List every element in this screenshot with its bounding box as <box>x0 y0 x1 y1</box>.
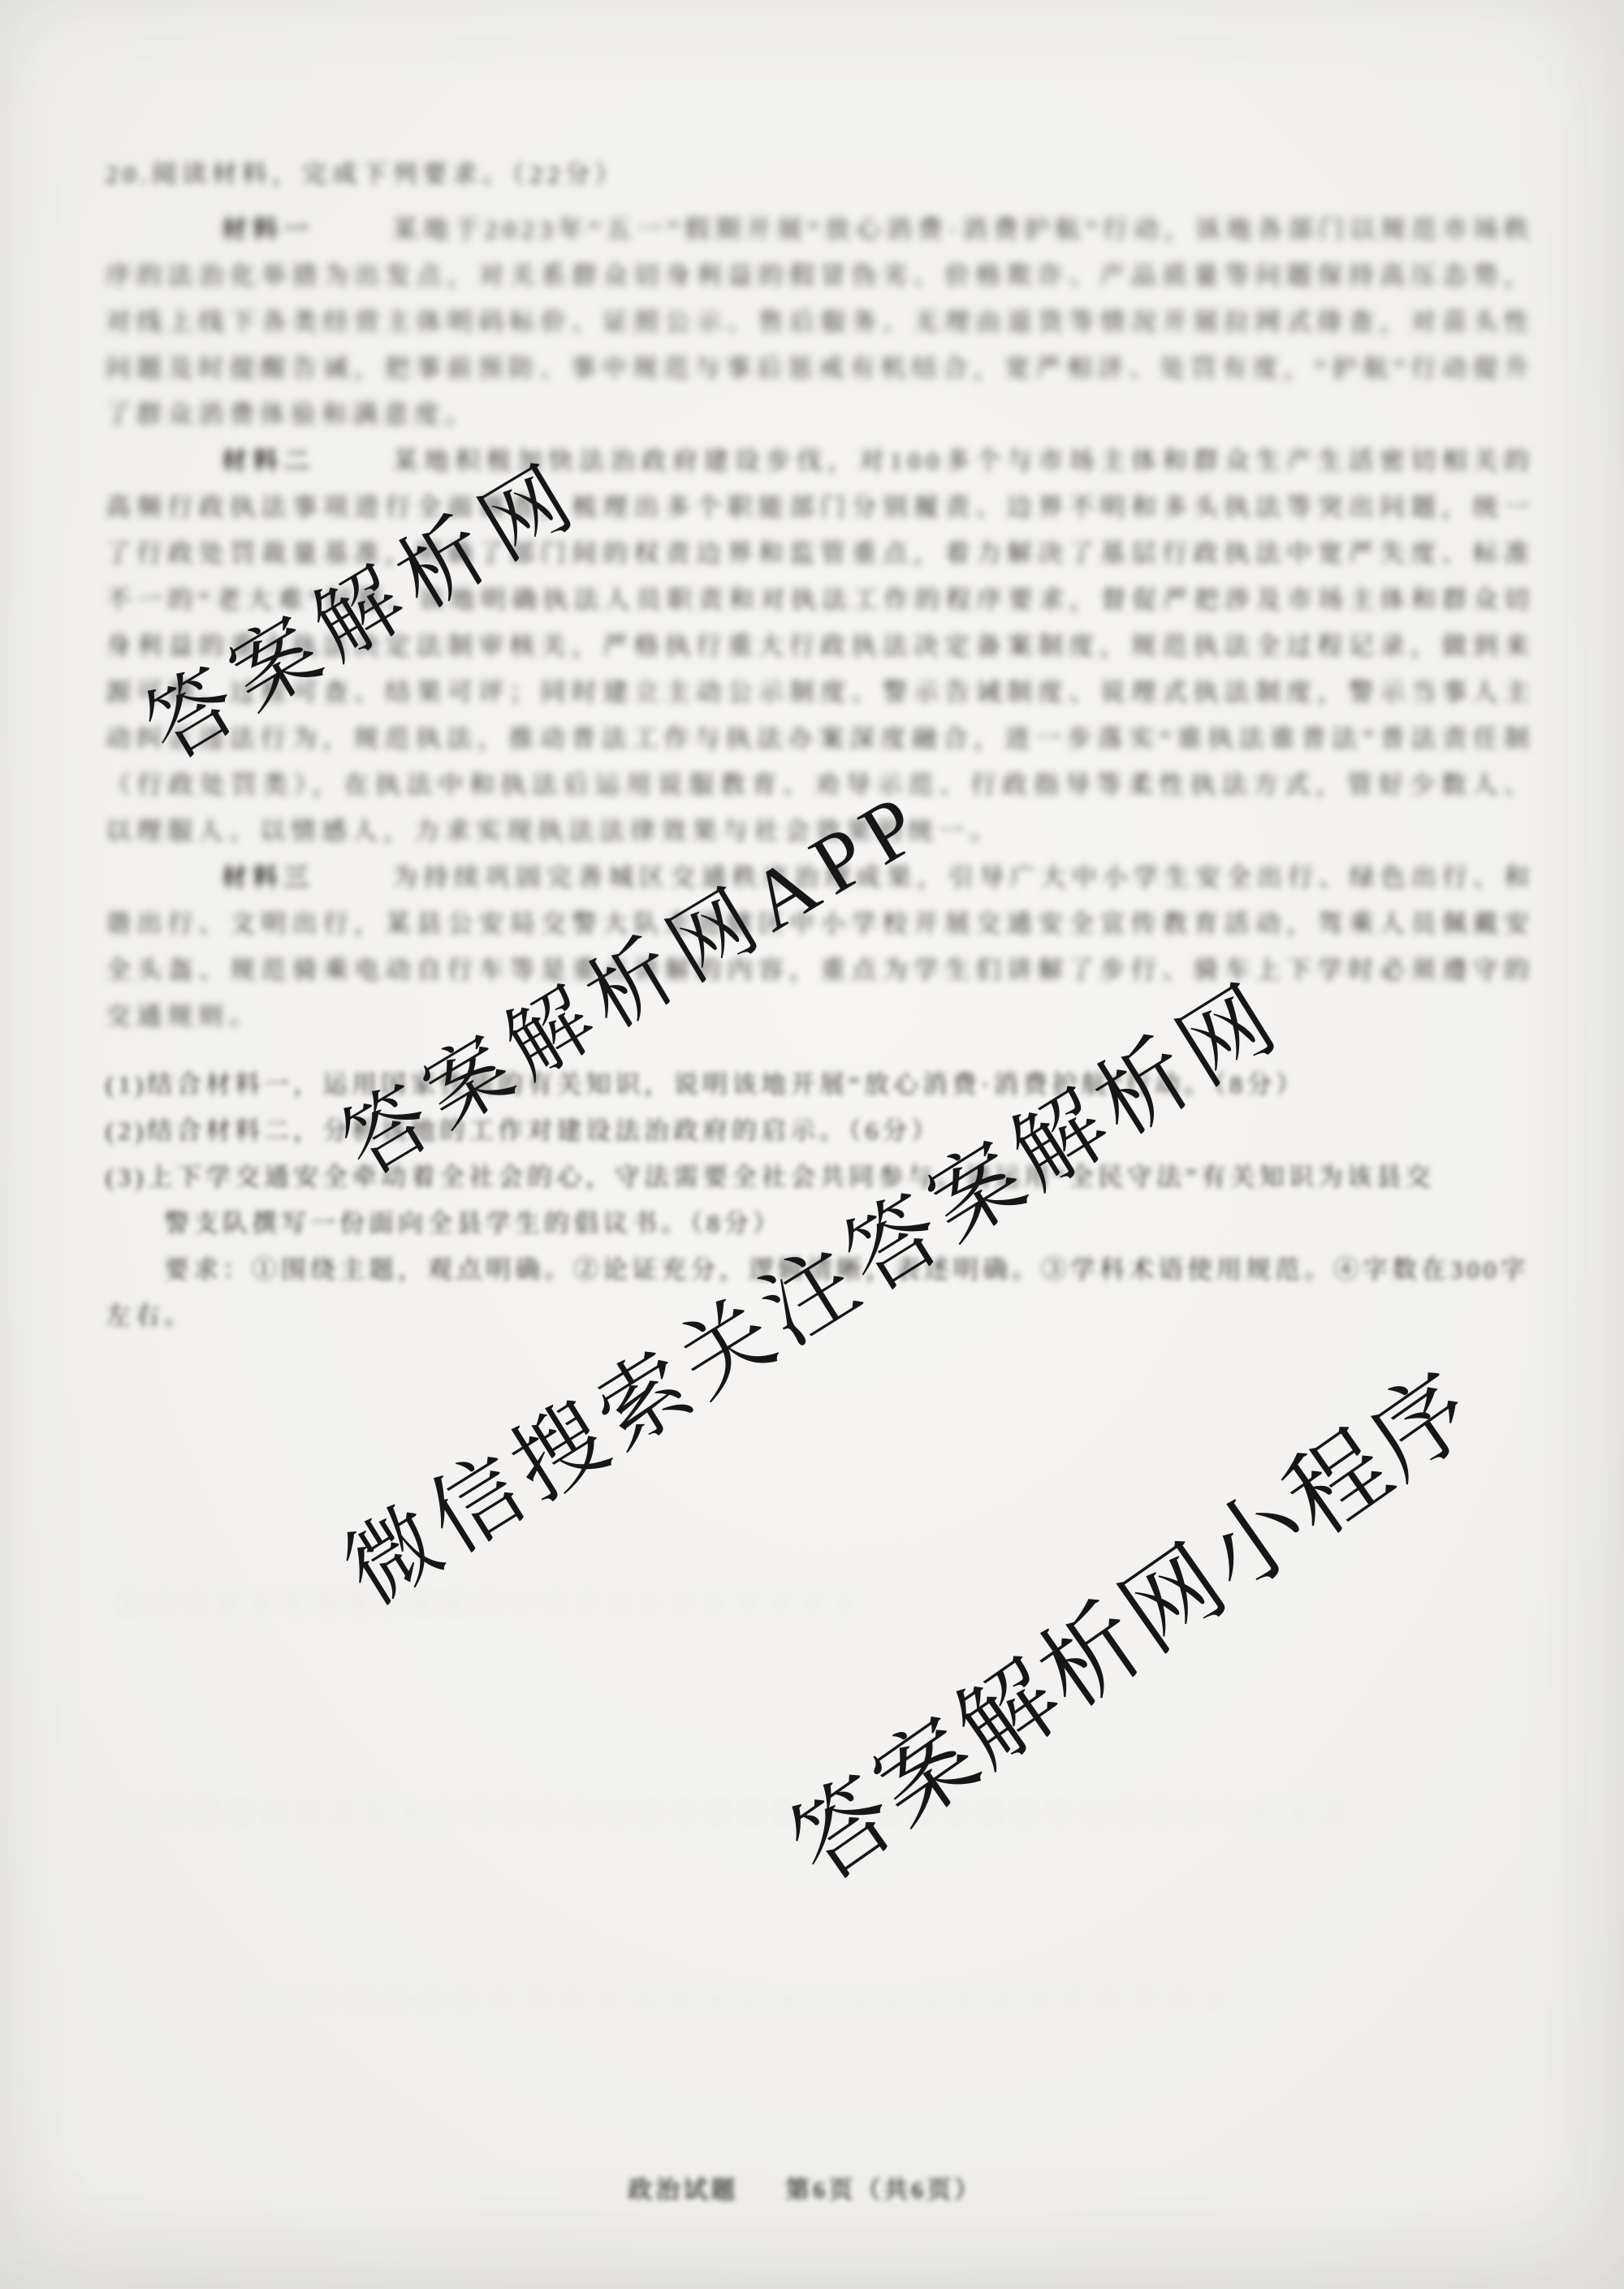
sub-question-2: (2)结合材料二，分析该地的工作对建设法治政府的启示。（6分） <box>106 1108 1535 1154</box>
question-20-header: 20.阅读材料，完成下列要求。（22分） <box>106 151 1535 197</box>
sub-question-3-line-1: (3)上下学交通安全牵动着全社会的心，守法需要全社会共同参与。请运用“全民守法”… <box>106 1154 1535 1200</box>
footer-page-indicator: 第6页（共6页） <box>785 2177 982 2204</box>
material-one-label: 材料一 <box>222 215 314 244</box>
material-one-paragraph: 材料一某地于2023年“五一”假期开展“放心消费·消费护航”行动，该地各部门以规… <box>106 206 1535 438</box>
exam-page-content: 20.阅读材料，完成下列要求。（22分） 材料一某地于2023年“五一”假期开展… <box>0 0 1624 2289</box>
material-three-label: 材料三 <box>222 863 314 892</box>
page-footer: 政治试题第6页（共6页） <box>628 2170 982 2205</box>
material-one-text: 某地于2023年“五一”假期开展“放心消费·消费护航”行动，该地各部门以规范市场… <box>106 215 1535 429</box>
material-two-label: 材料二 <box>222 447 315 475</box>
scanned-exam-page: { "header": { "question_line": "20.阅读材料，… <box>0 0 1624 2289</box>
footer-doc-title: 政治试题 <box>628 2177 738 2204</box>
